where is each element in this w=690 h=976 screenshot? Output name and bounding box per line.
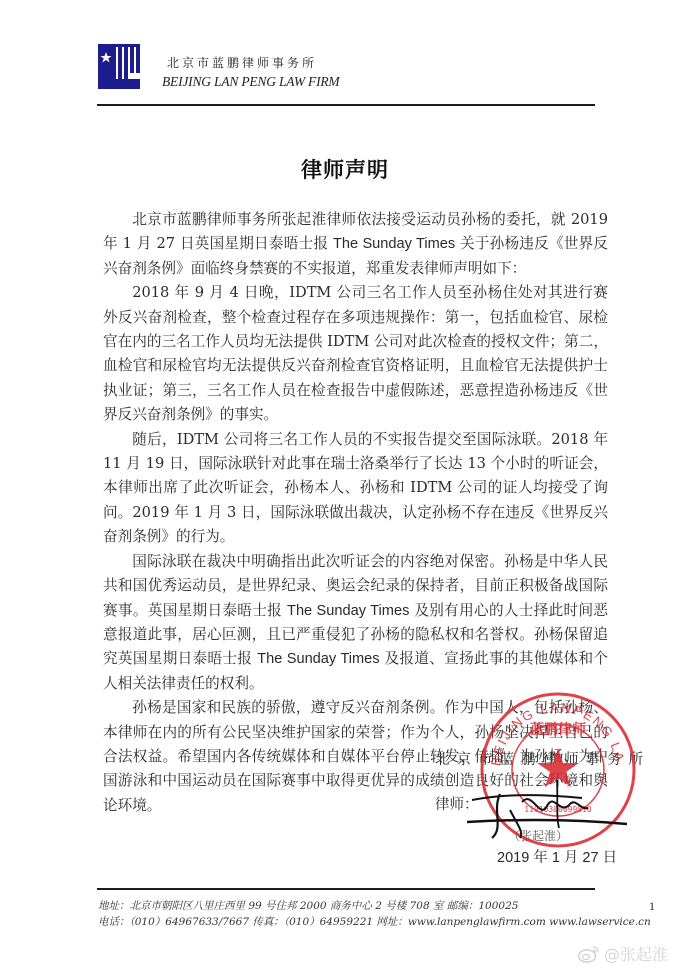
footer-divider [97, 888, 595, 890]
document-title: 律师声明 [0, 154, 690, 184]
document-page: 北京市蓝鹏律师事务所 BEIJING LAN PENG LAW FIRM 律师声… [0, 0, 690, 976]
footer-address: 地址：北京市朝阳区八里庄西里 99 号住邦 2000 商务中心 2 号楼 708… [98, 898, 518, 913]
handwritten-signature [462, 780, 632, 840]
page-number: 1 [649, 899, 655, 914]
paragraph-3: 随后，IDTM 公司将三名工作人员的不实报告提交至国际泳联。2018 年 11 … [103, 428, 608, 550]
law-firm-logo-icon [98, 44, 140, 89]
firm-name-english: BEIJING LAN PENG LAW FIRM [162, 74, 339, 90]
header-divider [97, 104, 595, 106]
weibo-watermark: @张起淮 [578, 942, 668, 965]
paragraph-1: 北京市蓝鹏律师事务所张起淮律师依法接受运动员孙杨的委托，就 2019 年 1 月… [103, 208, 608, 281]
newspaper-name: The Sunday Times [287, 603, 409, 619]
firm-name-chinese: 北京市蓝鹏律师事务所 [167, 54, 317, 71]
footer-contact: 电话：（010）64967633/7667 传真：（010）64959221 网… [98, 914, 651, 929]
paragraph-4: 国际泳联在裁决中明确指出此次听证会的内容绝对保密。孙杨是中华人民共和国优秀运动员… [103, 550, 608, 696]
paragraph-text: 2018 年 9 月 4 日晚，IDTM 公司三名工作人员至孙杨住处对其进行赛外… [103, 284, 608, 423]
newspaper-name: The Sunday Times [257, 651, 379, 667]
weibo-handle: @张起淮 [604, 942, 668, 965]
svg-text:蓝鹏律师: 蓝鹏律师 [530, 721, 586, 738]
newspaper-name: The Sunday Times [333, 236, 455, 252]
paragraph-text: 随后，IDTM 公司将三名工作人员的不实报告提交至国际泳联。2018 年 11 … [103, 431, 608, 546]
weibo-icon [578, 945, 600, 963]
paragraph-2: 2018 年 9 月 4 日晚，IDTM 公司三名工作人员至孙杨住处对其进行赛外… [103, 281, 608, 427]
